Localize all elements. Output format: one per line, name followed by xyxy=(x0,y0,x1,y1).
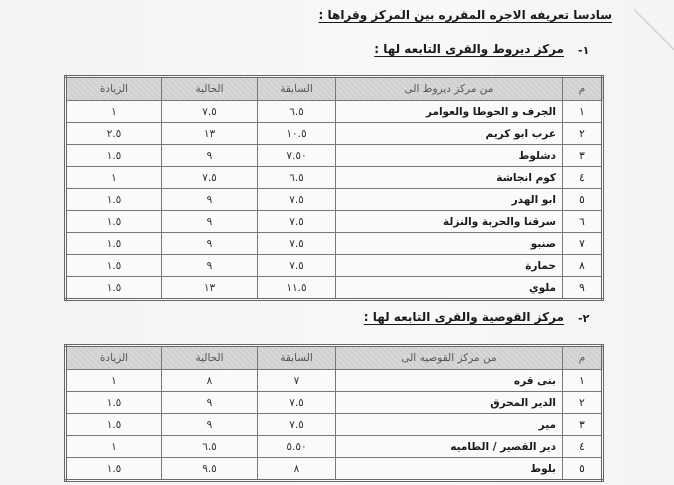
table-row: ٤دير القصير / الطاميه٥.٥٠٦.٥١ xyxy=(66,436,603,458)
table-row: ٧صنبو٧.٥٩١.٥ xyxy=(66,233,603,255)
cell-index: ١ xyxy=(563,370,603,392)
cell-increase: ١ xyxy=(66,167,162,189)
cell-index: ٢ xyxy=(563,123,603,145)
cell-route: صنبو xyxy=(336,233,563,255)
cell-route: حمارة xyxy=(336,255,563,277)
table-row: ٥ابو الهدر٧.٥٩١.٥ xyxy=(66,189,603,211)
cell-previous: ٧.٥ xyxy=(258,189,336,211)
cell-index: ٨ xyxy=(563,255,603,277)
table-row: ٤كوم انجاشة٦.٥٧.٥١ xyxy=(66,167,603,189)
col-header-current: الحالية xyxy=(162,77,258,101)
col-header-increase: الزيادة xyxy=(66,346,162,370)
cell-increase: ١ xyxy=(66,370,162,392)
table-row: ٩ملوي١١.٥١٣١.٥ xyxy=(66,277,603,300)
table-row: ١بنى قره٧٨١ xyxy=(66,370,603,392)
cell-route: بلوط xyxy=(336,458,563,481)
section-2-title: مركز القوصية والقرى التابعه لها : xyxy=(364,310,564,324)
table-header-row: م من مركز ديروط الى السابقة الحالية الزي… xyxy=(66,77,603,101)
table-row: ١الجرف و الحوطا والعوامر٦.٥٧.٥١ xyxy=(66,101,603,123)
scanned-page: سادسا تعريفه الاجره المقرره بين المركز و… xyxy=(0,0,674,485)
cell-increase: ١ xyxy=(66,101,162,123)
cell-increase: ١.٥ xyxy=(66,414,162,436)
cell-route: دشلوط xyxy=(336,145,563,167)
cell-route: سرقنا والحربة والنزلة xyxy=(336,211,563,233)
col-header-index: م xyxy=(563,346,603,370)
cell-previous: ٧.٥ xyxy=(258,414,336,436)
cell-index: ٦ xyxy=(563,211,603,233)
cell-previous: ٦.٥ xyxy=(258,101,336,123)
table-row: ٢عرب ابو كريم١٠.٥١٣٢.٥ xyxy=(66,123,603,145)
cell-previous: ٧.٥ xyxy=(258,233,336,255)
cell-increase: ١.٥ xyxy=(66,458,162,481)
table-row: ٣مير٧.٥٩١.٥ xyxy=(66,414,603,436)
cell-route: ملوي xyxy=(336,277,563,300)
cell-index: ٧ xyxy=(563,233,603,255)
cell-current: ٩ xyxy=(162,233,258,255)
cell-current: ١٣ xyxy=(162,277,258,300)
cell-index: ٥ xyxy=(563,189,603,211)
cell-increase: ١.٥ xyxy=(66,145,162,167)
cell-route: كوم انجاشة xyxy=(336,167,563,189)
cell-previous: ٦.٥ xyxy=(258,167,336,189)
cell-previous: ٨ xyxy=(258,458,336,481)
table-row: ٣دشلوط٧.٥٠٩١.٥ xyxy=(66,145,603,167)
cell-route: بنى قره xyxy=(336,370,563,392)
table-row: ٢الدير المحرق٧.٥٩١.٥ xyxy=(66,392,603,414)
fare-table-qusiya: م من مركز القوصيه الى السابقة الحالية ال… xyxy=(64,344,604,482)
cell-current: ١٣ xyxy=(162,123,258,145)
table-row: ٨حمارة٧.٥٩١.٥ xyxy=(66,255,603,277)
cell-route: دير القصير / الطاميه xyxy=(336,436,563,458)
table-row: ٥بلوط٨٩.٥١.٥ xyxy=(66,458,603,481)
cell-increase: ١.٥ xyxy=(66,255,162,277)
col-header-increase: الزيادة xyxy=(66,77,162,101)
cell-current: ٨ xyxy=(162,370,258,392)
cell-current: ٩ xyxy=(162,414,258,436)
cell-route: عرب ابو كريم xyxy=(336,123,563,145)
cell-previous: ٧.٥ xyxy=(258,211,336,233)
table-row: ٦سرقنا والحربة والنزلة٧.٥٩١.٥ xyxy=(66,211,603,233)
col-header-previous: السابقة xyxy=(258,77,336,101)
cell-previous: ٧.٥ xyxy=(258,392,336,414)
cell-current: ٧.٥ xyxy=(162,167,258,189)
cell-previous: ١٠.٥ xyxy=(258,123,336,145)
col-header-route: من مركز ديروط الى xyxy=(336,77,563,101)
section-1-number: -١ xyxy=(578,44,589,57)
cell-increase: ١.٥ xyxy=(66,277,162,300)
table-header-row: م من مركز القوصيه الى السابقة الحالية ال… xyxy=(66,346,603,370)
cell-increase: ١ xyxy=(66,436,162,458)
cell-previous: ٥.٥٠ xyxy=(258,436,336,458)
cell-previous: ١١.٥ xyxy=(258,277,336,300)
cell-route: مير xyxy=(336,414,563,436)
col-header-current: الحالية xyxy=(162,346,258,370)
cell-current: ٩ xyxy=(162,189,258,211)
cell-increase: ١.٥ xyxy=(66,392,162,414)
col-header-route: من مركز القوصيه الى xyxy=(336,346,563,370)
col-header-index: م xyxy=(563,77,603,101)
col-header-previous: السابقة xyxy=(258,346,336,370)
section-2-number: -٢ xyxy=(578,312,589,325)
cell-current: ٧.٥ xyxy=(162,101,258,123)
cell-current: ٦.٥ xyxy=(162,436,258,458)
cell-index: ٢ xyxy=(563,392,603,414)
cell-increase: ٢.٥ xyxy=(66,123,162,145)
cell-current: ٩ xyxy=(162,211,258,233)
cell-index: ٤ xyxy=(563,436,603,458)
section-1-title: مركز ديروط والقرى التابعه لها : xyxy=(374,42,564,56)
page-fold-mark xyxy=(634,0,674,60)
cell-route: الدير المحرق xyxy=(336,392,563,414)
cell-previous: ٧.٥٠ xyxy=(258,145,336,167)
cell-current: ٩ xyxy=(162,392,258,414)
cell-increase: ١.٥ xyxy=(66,233,162,255)
cell-current: ٩.٥ xyxy=(162,458,258,481)
cell-current: ٩ xyxy=(162,145,258,167)
cell-index: ٩ xyxy=(563,277,603,300)
cell-index: ١ xyxy=(563,101,603,123)
fare-table-dairut: م من مركز ديروط الى السابقة الحالية الزي… xyxy=(64,75,604,301)
main-title: سادسا تعريفه الاجره المقرره بين المركز و… xyxy=(319,8,612,22)
cell-index: ٤ xyxy=(563,167,603,189)
cell-current: ٩ xyxy=(162,255,258,277)
cell-increase: ١.٥ xyxy=(66,211,162,233)
cell-route: ابو الهدر xyxy=(336,189,563,211)
cell-route: الجرف و الحوطا والعوامر xyxy=(336,101,563,123)
cell-index: ٣ xyxy=(563,145,603,167)
cell-index: ٣ xyxy=(563,414,603,436)
cell-increase: ١.٥ xyxy=(66,189,162,211)
cell-index: ٥ xyxy=(563,458,603,481)
cell-previous: ٧.٥ xyxy=(258,255,336,277)
cell-previous: ٧ xyxy=(258,370,336,392)
